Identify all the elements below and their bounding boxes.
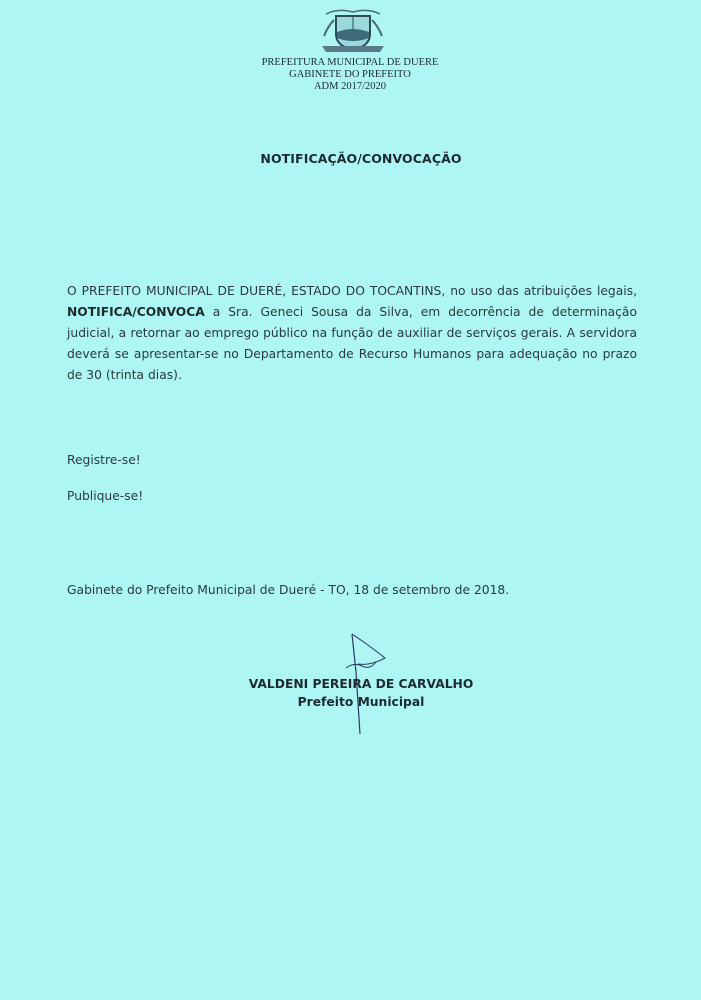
signatory-role: Prefeito Municipal: [0, 695, 701, 709]
coat-of-arms-icon: [318, 6, 388, 54]
document-title: NOTIFICAÇÃO/CONVOCAÇÃO: [0, 151, 701, 166]
place-date-line: Gabinete do Prefeito Municipal de Dueré …: [67, 583, 509, 597]
signatory-name: VALDENI PEREIRA DE CARVALHO: [0, 677, 701, 691]
letterhead-line-3: ADM 2017/2020: [200, 81, 500, 93]
publique-line: Publique-se!: [67, 489, 143, 503]
letterhead-line-2: GABINETE DO PREFEITO: [200, 69, 500, 81]
registre-line: Registre-se!: [67, 453, 141, 467]
body-intro: O PREFEITO MUNICIPAL DE DUERÉ, ESTADO DO…: [67, 284, 637, 298]
letterhead: PREFEITURA MUNICIPAL DE DUERE GABINETE D…: [200, 57, 500, 93]
body-bold-verb: NOTIFICA/CONVOCA: [67, 305, 205, 319]
letterhead-line-1: PREFEITURA MUNICIPAL DE DUERE: [200, 57, 500, 69]
notice-body: O PREFEITO MUNICIPAL DE DUERÉ, ESTADO DO…: [67, 281, 637, 386]
